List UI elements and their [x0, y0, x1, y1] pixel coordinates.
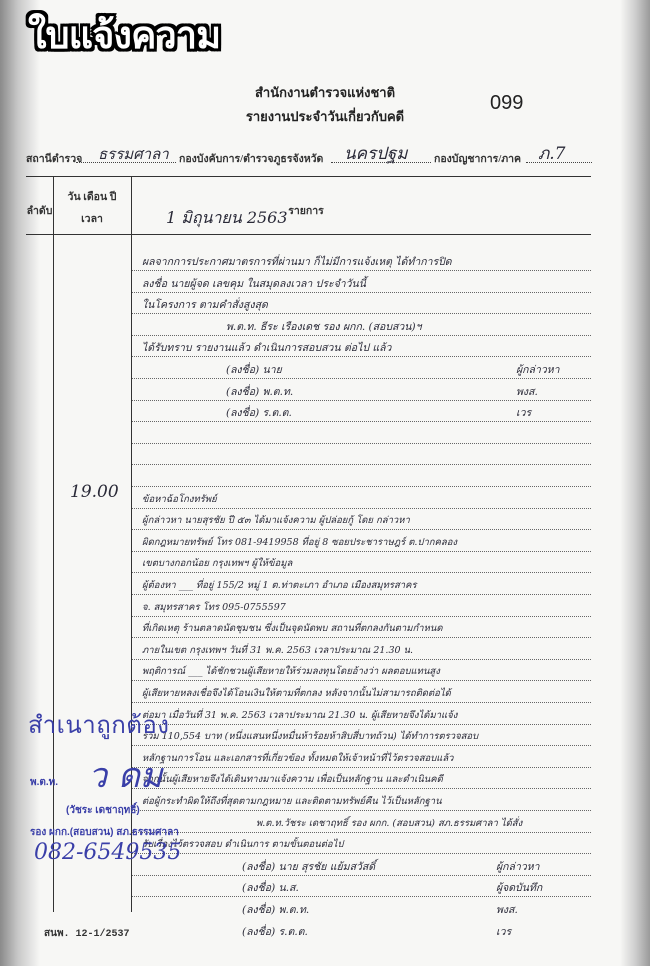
page-shadow-right	[620, 0, 650, 966]
ruled-line	[132, 400, 591, 401]
division-value: ภ.7	[538, 140, 565, 167]
signature-line: (ลงชื่อ) ร.ต.ต.	[226, 407, 292, 419]
handwritten-line: ข้อหาฉ้อโกงทรัพย์	[142, 494, 217, 506]
ruled-line	[132, 896, 591, 897]
form-code: สนพ. 12-1/2537	[44, 926, 130, 941]
ruled-line	[132, 443, 591, 444]
certified-copy-stamp: สำเนาถูกต้อง	[28, 705, 170, 744]
station-value: ธรรมศาลา	[98, 142, 169, 166]
column-header-time: เวลา	[53, 210, 131, 227]
ruled-line	[132, 788, 591, 789]
signature-role: เวร	[496, 926, 511, 938]
ruled-line	[132, 313, 591, 314]
handwritten-line: ในโครงการ ตามคำสั่งสูงสุด	[142, 299, 268, 311]
ruled-line	[132, 637, 591, 638]
ruled-line	[132, 464, 591, 465]
ruled-line	[132, 680, 591, 681]
signature-line: (ลงชื่อ) พ.ต.ท.	[242, 904, 309, 916]
signature-role: เวร	[516, 407, 531, 419]
ruled-line	[132, 529, 591, 530]
date-entry: 1 มิถุนายน 2563	[166, 206, 288, 231]
ruled-line	[132, 335, 591, 336]
handwritten-line: จ. สมุทรสาคร โทร 095-0755597	[142, 602, 286, 614]
ruled-line	[132, 572, 591, 573]
signature-line: (ลงชื่อ) นาย	[226, 364, 282, 376]
stamp-name: (วัชระ เดชาฤทธิ์)	[66, 803, 140, 818]
handwritten-line: ผู้ต้องหา ___ ที่อยู่ 155/2 หมู่ 1 ต.ท่า…	[142, 580, 417, 592]
column-header-seq: ลำดับ	[26, 202, 53, 219]
ruled-line	[132, 421, 591, 422]
time-entry: 19.00	[70, 482, 119, 502]
handwritten-line: พ.ต.ท. ธีระ เรืองเดช รอง ผกก. (สอบสวน)ฯ	[226, 321, 421, 333]
division-label: กองบัญชาการ/ภาค	[434, 150, 521, 167]
signature-role: พงส.	[496, 904, 518, 916]
ruled-line	[132, 594, 591, 595]
ruled-line	[132, 745, 591, 746]
province-value: นครปฐม	[344, 140, 408, 167]
ruled-line	[132, 551, 591, 552]
signature-line: (ลงชื่อ) นาย สุรชัย แย้มสวัสดิ์	[242, 861, 375, 873]
column-header-date: วัน เดือน ปี	[53, 188, 131, 205]
handwritten-line: ผู้เสียหายหลงเชื่อจึงได้โอนเงินให้ตามที่…	[142, 688, 451, 700]
handwritten-line: ได้รับทราบ รายงานแล้ว ดำเนินการสอบสวน ต่…	[142, 342, 391, 354]
agency-name: สำนักงานตำรวจแห่งชาติ	[0, 82, 650, 103]
ruled-line	[132, 659, 591, 660]
ruled-line	[132, 875, 591, 876]
document-number: 099	[490, 92, 523, 115]
stamp-phone: 082-6549535	[34, 840, 181, 865]
station-label: สถานีตำรวจ	[26, 150, 82, 167]
ruled-line	[132, 810, 591, 811]
stamp-signature: ว ดม	[88, 748, 162, 802]
ruled-line	[132, 832, 591, 833]
ruled-line	[132, 378, 591, 379]
ruled-line	[132, 486, 591, 487]
ruled-line	[132, 356, 591, 357]
handwritten-line: ผลจากการประกาศมาตรการที่ผ่านมา ก็ไม่มีกา…	[142, 256, 452, 268]
handwritten-line: พ.ต.ท.วัชระ เดชาฤทธิ์ รอง ผกก. (สอบสวน) …	[256, 818, 522, 830]
handwritten-line: ผู้กล่าวหา นายสุรชัย ปี ๕๓ ได้มาแจ้งความ…	[142, 515, 410, 527]
province-label: กองบังคับการ/ตำรวจภูธรจังหวัด	[179, 150, 323, 167]
page-title: ใบแจ้งความ	[28, 4, 220, 65]
handwritten-line: พฤติการณ์ ___ ได้ชักชวนผู้เสียหายให้ร่วม…	[142, 666, 440, 678]
handwritten-line: ลงชื่อ นายผู้จด เลขคุม ในสมุดลงเวลา ประจ…	[142, 278, 366, 290]
handwritten-line: ต่อผู้กระทำผิดให้ถึงที่สุดตามกฎหมาย และต…	[142, 796, 442, 808]
handwritten-line: จากนั้นผู้เสียหายจึงได้เดินทางมาแจ้งความ…	[142, 774, 443, 786]
report-title: รายงานประจำวันเกี่ยวกับคดี	[0, 106, 650, 127]
handwritten-line: รวม 110,554 บาท (หนึ่งแสนหนึ่งหมื่นห้าร้…	[142, 731, 478, 743]
ruled-line	[132, 292, 591, 293]
ruled-line	[132, 724, 591, 725]
handwritten-line: เขตบางกอกน้อย กรุงเทพฯ ผู้ให้ข้อมูล	[142, 558, 292, 570]
handwritten-line: ที่เกิดเหตุ ร้านตลาดนัดชุมชน ซึ่งเป็นจุด…	[142, 623, 443, 635]
signature-line: (ลงชื่อ) น.ส.	[242, 882, 299, 894]
signature-role: พงส.	[516, 386, 538, 398]
ruled-line	[132, 616, 591, 617]
stamp-rank: พ.ต.ท.	[30, 775, 58, 790]
signature-line: (ลงชื่อ) ร.ต.ต.	[242, 926, 308, 938]
ruled-line	[132, 853, 591, 854]
ruled-line	[132, 767, 591, 768]
ruled-line	[132, 508, 591, 509]
handwritten-line: ต่อมา เมื่อวันที่ 31 พ.ค. 2563 เวลาประมา…	[142, 710, 457, 722]
signature-role: ผู้กล่าวหา	[496, 861, 540, 873]
handwritten-line: ภายในเขต กรุงเทพฯ วันที่ 31 พ.ค. 2563 เว…	[142, 645, 413, 657]
signature-line: (ลงชื่อ) พ.ต.ท.	[226, 386, 293, 398]
ruled-line	[132, 270, 591, 271]
stamp-position: รอง ผกก.(สอบสวน) สภ.ธรรมศาลา	[30, 825, 179, 840]
signature-role: ผู้จดบันทึก	[496, 882, 542, 894]
signature-role: ผู้กล่าวหา	[516, 364, 560, 376]
handwritten-line: หลักฐานการโอน และเอกสารที่เกี่ยวข้อง ทั้…	[142, 753, 454, 765]
handwritten-line: ผิดกฎหมายทรัพย์ โทร 081-9419958 ที่อยู่ …	[142, 537, 457, 549]
ruled-line	[132, 702, 591, 703]
